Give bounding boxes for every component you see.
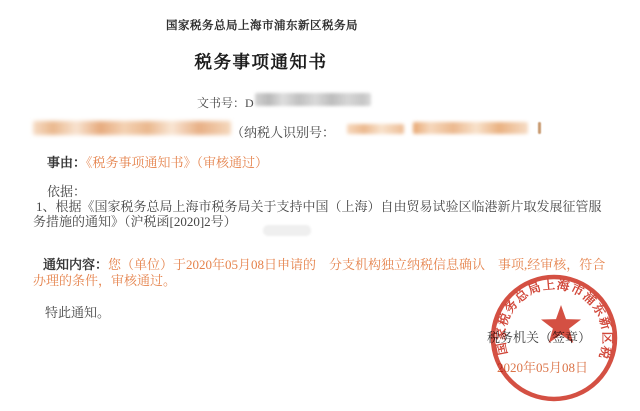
basis-text-line2: 务措施的通知》（沪税函[2020]2号） [33, 211, 237, 230]
notice-content-line2: 办理的条件，审核通过。 [33, 270, 176, 289]
issuing-org-header: 国家税务总局上海市浦东新区税务局 [0, 17, 524, 33]
doc-number-label: 文书号： [197, 96, 245, 110]
seal-ring-text: 国家税务总局上海市浦东新区税务局 [482, 266, 615, 362]
faint-smudge [263, 225, 311, 236]
official-seal-stamp: 国家税务总局上海市浦东新区税务局 [482, 266, 627, 411]
doc-number-line: 文书号：D [197, 94, 254, 111]
document-title: 税务事项通知书 [0, 49, 522, 74]
subject-value: 《税务事项通知书》（审核通过） [86, 155, 268, 170]
doc-number-redaction [255, 93, 371, 106]
closing-phrase: 特此通知。 [45, 302, 110, 321]
taxpayer-id-trailing-mark [538, 122, 541, 134]
taxpayer-id-label: （纳税人识别号： [231, 122, 335, 141]
subject-label: 事由： [47, 155, 86, 170]
taxpayer-id-redaction-1 [347, 124, 404, 134]
taxpayer-id-redaction-2 [413, 122, 528, 134]
subject-line: 事由：《税务事项通知书》（审核通过） [47, 152, 268, 171]
red-star-icon [541, 305, 581, 343]
tax-notice-document: { "document": { "org_header": "国家税务总局上海市… [0, 0, 640, 411]
taxpayer-name-redaction [33, 121, 231, 135]
doc-number-prefix: D [245, 96, 254, 110]
